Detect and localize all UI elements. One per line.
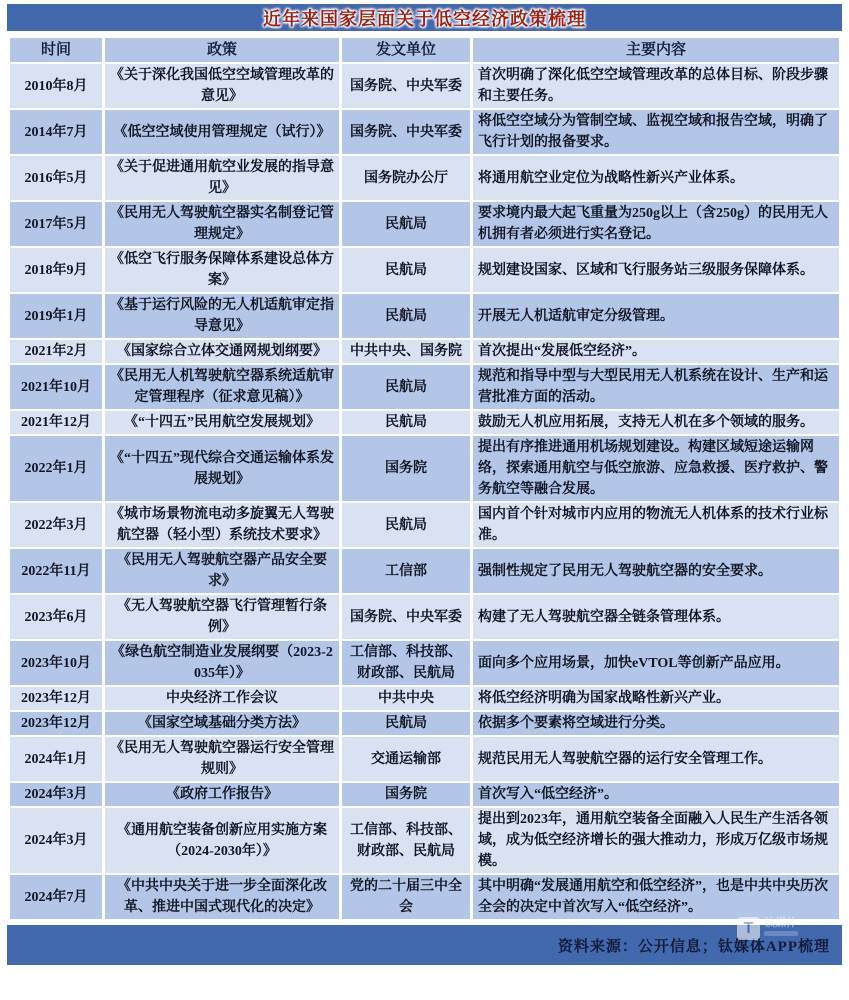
table-row: 2022年11月 《民用无人驾驶航空器产品安全要求》 工信部 强制性规定了民用无… (10, 549, 839, 593)
cell-content: 面向多个应用场景，加快eVTOL等创新产品应用。 (473, 641, 839, 685)
table-row: 2021年2月 《国家综合立体交通网规划纲要》 中共中央、国务院 首次提出“发展… (10, 340, 839, 363)
cell-policy: 《民用无人驾驶航空器运行安全管理规则》 (105, 737, 339, 781)
cell-content: 提出到2023年，通用航空装备全面融入人民生产生活各领域，成为低空经济增长的强大… (473, 808, 839, 873)
cell-policy: 《政府工作报告》 (105, 783, 339, 806)
cell-content: 首次明确了深化低空空域管理改革的总体目标、阶段步骤和主要任务。 (473, 64, 839, 108)
cell-policy: 《通用航空装备创新应用实施方案（2024-2030年）》 (105, 808, 339, 873)
cell-issuer: 民航局 (342, 248, 470, 292)
column-header-issuer: 发文单位 (342, 38, 470, 62)
table-row: 2018年9月 《低空飞行服务保障体系建设总体方案》 民航局 规划建设国家、区域… (10, 248, 839, 292)
cell-issuer: 民航局 (342, 365, 470, 409)
cell-date: 2021年2月 (10, 340, 102, 363)
cell-content: 规划建设国家、区域和飞行服务站三级服务保障体系。 (473, 248, 839, 292)
cell-content: 首次提出“发展低空经济”。 (473, 340, 839, 363)
cell-date: 2017年5月 (10, 202, 102, 246)
cell-issuer: 国务院 (342, 436, 470, 501)
table-row: 2021年10月 《民用无人机驾驶航空器系统适航审定管理程序（征求意见稿）》 民… (10, 365, 839, 409)
cell-content: 将通用航空业定位为战略性新兴产业体系。 (473, 156, 839, 200)
cell-date: 2024年1月 (10, 737, 102, 781)
cell-policy: 《基于运行风险的无人机适航审定指导意见》 (105, 294, 339, 338)
cell-policy: 《绿色航空制造业发展纲要（2023-2035年）》 (105, 641, 339, 685)
cell-policy: 《民用无人机驾驶航空器系统适航审定管理程序（征求意见稿）》 (105, 365, 339, 409)
table-row: 2019年1月 《基于运行风险的无人机适航审定指导意见》 民航局 开展无人机适航… (10, 294, 839, 338)
table-row: 2023年12月 《国家空域基础分类方法》 民航局 依据多个要素将空域进行分类。 (10, 712, 839, 735)
cell-content: 要求境内最大起飞重量为250g以上（含250g）的民用无人机拥有者必须进行实名登… (473, 202, 839, 246)
column-header-time: 时间 (10, 38, 102, 62)
cell-issuer: 中共中央 (342, 687, 470, 710)
cell-date: 2022年1月 (10, 436, 102, 501)
page: 近年来国家层面关于低空经济政策梳理 时间 政策 发文单位 主要内容 2010年8… (0, 0, 849, 1000)
cell-policy: 《关于深化我国低空空域管理改革的意见》 (105, 64, 339, 108)
cell-date: 2021年10月 (10, 365, 102, 409)
cell-content: 依据多个要素将空域进行分类。 (473, 712, 839, 735)
cell-date: 2024年7月 (10, 875, 102, 919)
cell-policy: 《中共中央关于进一步全面深化改革、推进中国式现代化的决定》 (105, 875, 339, 919)
cell-date: 2018年9月 (10, 248, 102, 292)
table-row: 2024年7月 《中共中央关于进一步全面深化改革、推进中国式现代化的决定》 党的… (10, 875, 839, 919)
cell-issuer: 国务院办公厅 (342, 156, 470, 200)
cell-date: 2024年3月 (10, 808, 102, 873)
cell-policy: 《民用无人驾驶航空器实名制登记管理规定》 (105, 202, 339, 246)
table-row: 2024年3月 《政府工作报告》 国务院 首次写入“低空经济”。 (10, 783, 839, 806)
table-row: 2023年6月 《无人驾驶航空器飞行管理暂行条例》 国务院、中央军委 构建了无人… (10, 595, 839, 639)
cell-content: 首次写入“低空经济”。 (473, 783, 839, 806)
cell-issuer: 国务院、中央军委 (342, 110, 470, 154)
cell-issuer: 民航局 (342, 294, 470, 338)
cell-issuer: 国务院、中央军委 (342, 64, 470, 108)
cell-policy: 《低空飞行服务保障体系建设总体方案》 (105, 248, 339, 292)
column-header-content: 主要内容 (473, 38, 839, 62)
cell-date: 2023年12月 (10, 687, 102, 710)
table-row: 2024年3月 《通用航空装备创新应用实施方案（2024-2030年）》 工信部… (10, 808, 839, 873)
cell-content: 强制性规定了民用无人驾驶航空器的安全要求。 (473, 549, 839, 593)
source-text: 资料来源：公开信息；钛媒体APP梳理 (558, 935, 830, 956)
cell-issuer: 民航局 (342, 712, 470, 735)
cell-policy: 《国家综合立体交通网规划纲要》 (105, 340, 339, 363)
cell-content: 国内首个针对城市内应用的物流无人机体系的技术行业标准。 (473, 503, 839, 547)
cell-issuer: 国务院 (342, 783, 470, 806)
title-banner: 近年来国家层面关于低空经济政策梳理 (7, 4, 842, 31)
cell-content: 将低空经济明确为国家战略性新兴产业。 (473, 687, 839, 710)
table-row: 2010年8月 《关于深化我国低空空域管理改革的意见》 国务院、中央军委 首次明… (10, 64, 839, 108)
cell-content: 提出有序推进通用机场规划建设。构建区域短途运输网络，探索通用航空与低空旅游、应急… (473, 436, 839, 501)
cell-issuer: 民航局 (342, 411, 470, 434)
column-header-policy: 政策 (105, 38, 339, 62)
cell-issuer: 国务院、中央军委 (342, 595, 470, 639)
table-row: 2016年5月 《关于促进通用航空业发展的指导意见》 国务院办公厅 将通用航空业… (10, 156, 839, 200)
table-row: 2023年12月 中央经济工作会议 中共中央 将低空经济明确为国家战略性新兴产业… (10, 687, 839, 710)
cell-policy: 中央经济工作会议 (105, 687, 339, 710)
cell-issuer: 民航局 (342, 503, 470, 547)
cell-policy: 《关于促进通用航空业发展的指导意见》 (105, 156, 339, 200)
cell-policy: 《“十四五”民用航空发展规划》 (105, 411, 339, 434)
cell-date: 2024年3月 (10, 783, 102, 806)
cell-date: 2016年5月 (10, 156, 102, 200)
cell-policy: 《国家空域基础分类方法》 (105, 712, 339, 735)
table-row: 2022年1月 《“十四五”现代综合交通运输体系发展规划》 国务院 提出有序推进… (10, 436, 839, 501)
cell-issuer: 工信部、科技部、财政部、民航局 (342, 808, 470, 873)
cell-date: 2019年1月 (10, 294, 102, 338)
cell-date: 2022年11月 (10, 549, 102, 593)
table-row: 2022年3月 《城市场景物流电动多旋翼无人驾驶航空器（轻小型）系统技术要求》 … (10, 503, 839, 547)
footer-bar: T 钛媒体 资料来源：公开信息；钛媒体APP梳理 (7, 925, 842, 965)
page-title: 近年来国家层面关于低空经济政策梳理 (263, 5, 586, 31)
cell-content: 将低空空域分为管制空域、监视空域和报告空域，明确了飞行计划的报备要求。 (473, 110, 839, 154)
cell-date: 2023年6月 (10, 595, 102, 639)
table-row: 2023年10月 《绿色航空制造业发展纲要（2023-2035年）》 工信部、科… (10, 641, 839, 685)
cell-issuer: 民航局 (342, 202, 470, 246)
cell-content: 鼓励无人机应用拓展，支持无人机在多个领域的服务。 (473, 411, 839, 434)
cell-issuer: 工信部 (342, 549, 470, 593)
cell-policy: 《无人驾驶航空器飞行管理暂行条例》 (105, 595, 339, 639)
policy-table: 时间 政策 发文单位 主要内容 2010年8月 《关于深化我国低空空域管理改革的… (7, 36, 842, 921)
table-header-row: 时间 政策 发文单位 主要内容 (10, 38, 839, 62)
cell-date: 2023年10月 (10, 641, 102, 685)
cell-issuer: 工信部、科技部、财政部、民航局 (342, 641, 470, 685)
table-row: 2021年12月 《“十四五”民用航空发展规划》 民航局 鼓励无人机应用拓展，支… (10, 411, 839, 434)
cell-content: 构建了无人驾驶航空器全链条管理体系。 (473, 595, 839, 639)
table-row: 2014年7月 《低空空域使用管理规定（试行）》 国务院、中央军委 将低空空域分… (10, 110, 839, 154)
cell-date: 2021年12月 (10, 411, 102, 434)
cell-content: 其中明确“发展通用航空和低空经济”，也是中共中央历次全会的决定中首次写入“低空经… (473, 875, 839, 919)
cell-policy: 《城市场景物流电动多旋翼无人驾驶航空器（轻小型）系统技术要求》 (105, 503, 339, 547)
cell-date: 2010年8月 (10, 64, 102, 108)
cell-issuer: 党的二十届三中全会 (342, 875, 470, 919)
cell-policy: 《“十四五”现代综合交通运输体系发展规划》 (105, 436, 339, 501)
table-row: 2024年1月 《民用无人驾驶航空器运行安全管理规则》 交通运输部 规范民用无人… (10, 737, 839, 781)
cell-content: 开展无人机适航审定分级管理。 (473, 294, 839, 338)
table-row: 2017年5月 《民用无人驾驶航空器实名制登记管理规定》 民航局 要求境内最大起… (10, 202, 839, 246)
cell-date: 2023年12月 (10, 712, 102, 735)
cell-date: 2014年7月 (10, 110, 102, 154)
cell-date: 2022年3月 (10, 503, 102, 547)
cell-content: 规范民用无人驾驶航空器的运行安全管理工作。 (473, 737, 839, 781)
cell-policy: 《民用无人驾驶航空器产品安全要求》 (105, 549, 339, 593)
cell-issuer: 交通运输部 (342, 737, 470, 781)
cell-issuer: 中共中央、国务院 (342, 340, 470, 363)
cell-content: 规范和指导中型与大型民用无人机系统在设计、生产和运营批准方面的活动。 (473, 365, 839, 409)
cell-policy: 《低空空域使用管理规定（试行）》 (105, 110, 339, 154)
